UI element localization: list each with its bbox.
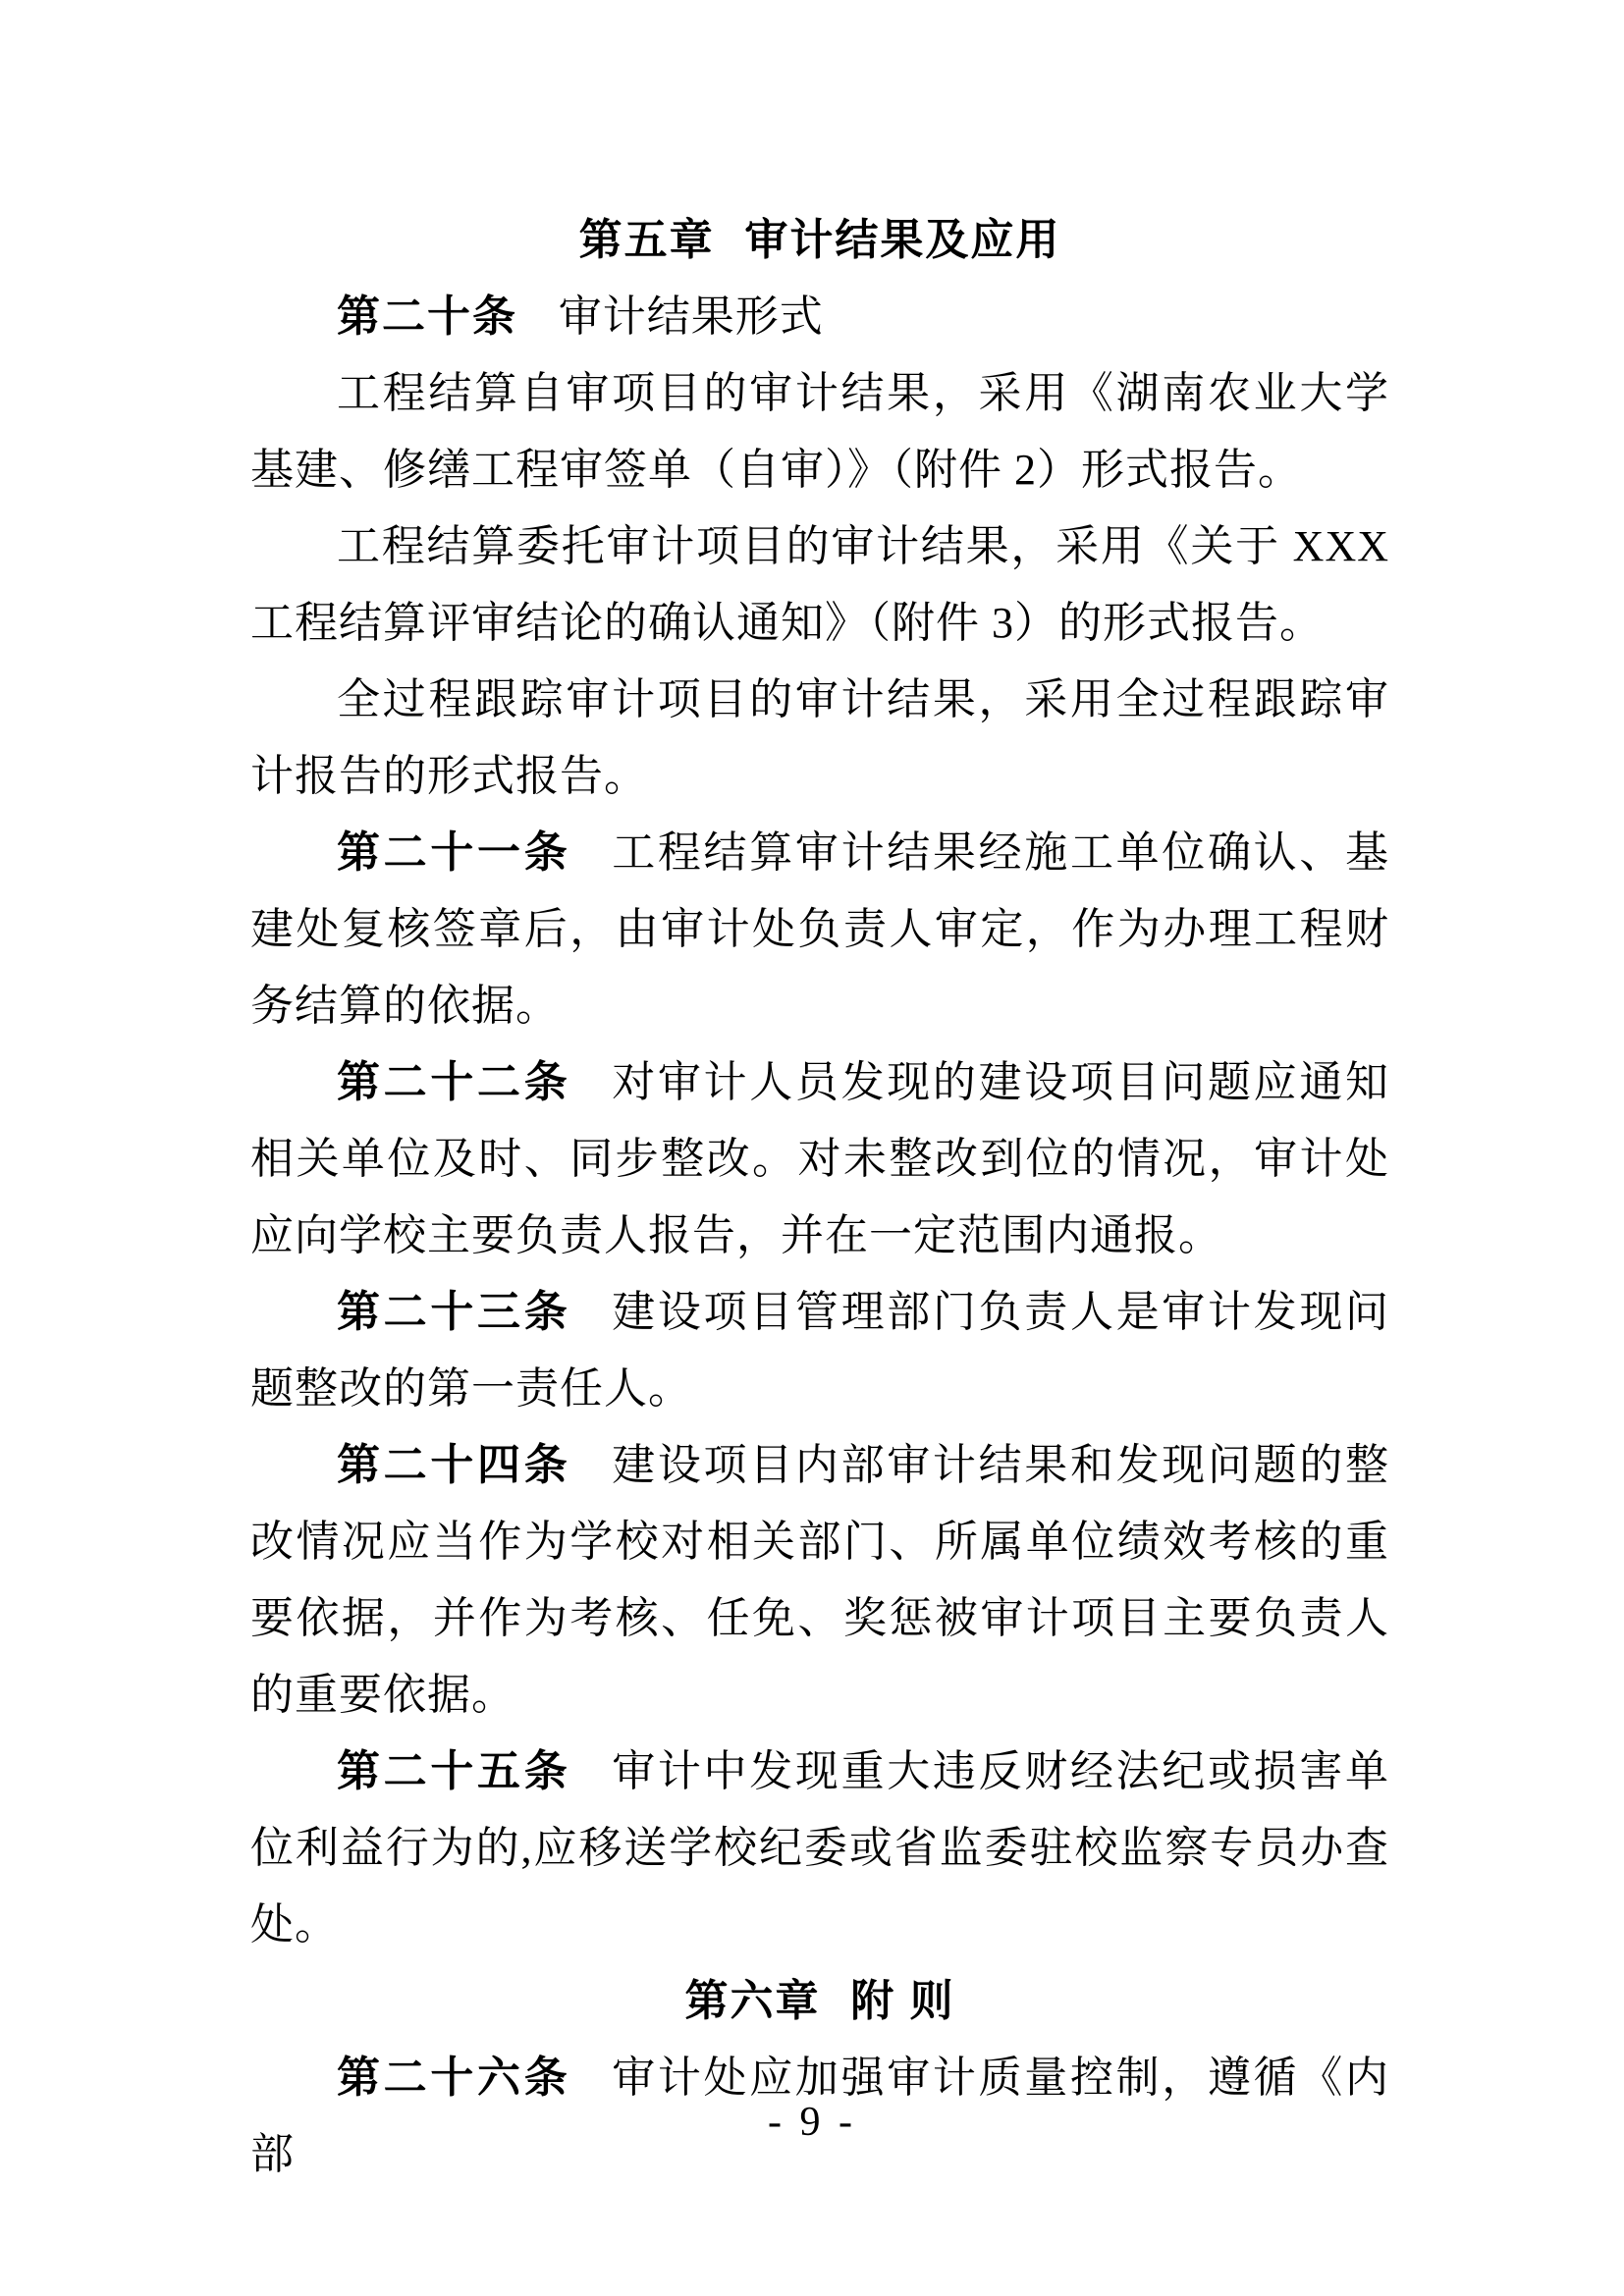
chapter-6-title: 附 则 [850,1977,954,2025]
article-20-label: 第二十条 [337,293,517,341]
article-21-label: 第二十一条 [337,828,570,877]
document-content: 第五章审计结果及应用 第二十条审计结果形式 工程结算自审项目的审计结果，采用《湖… [250,202,1389,2193]
article-21: 第二十一条工程结算审计结果经施工单位确认、基建处复核签章后，由审计处负责人审定，… [250,815,1389,1044]
article-20-paragraph-3: 全过程跟踪审计项目的审计结果，采用全过程跟踪审计报告的形式报告。 [250,662,1389,815]
article-23: 第二十三条建设项目管理部门负责人是审计发现问题整改的第一责任人。 [250,1274,1389,1427]
page-number: - 9 - [0,2099,1624,2146]
article-22-label: 第二十二条 [337,1058,570,1106]
article-26-label: 第二十六条 [337,2054,570,2102]
article-24-label: 第二十四条 [337,1441,570,1489]
article-22: 第二十二条对审计人员发现的建设项目问题应通知相关单位及时、同步整改。对未整改到位… [250,1044,1389,1274]
article-24: 第二十四条建设项目内部审计结果和发现问题的整改情况应当作为学校对相关部门、所属单… [250,1427,1389,1734]
article-25: 第二十五条审计中发现重大违反财经法纪或损害单位利益行为的,应移送学校纪委或省监委… [250,1734,1389,1963]
article-20-heading: 第二十条审计结果形式 [250,279,1389,355]
article-25-label: 第二十五条 [337,1747,570,1795]
document-page: 第五章审计结果及应用 第二十条审计结果形式 工程结算自审项目的审计结果，采用《湖… [0,0,1624,2296]
article-23-label: 第二十三条 [337,1288,570,1336]
chapter-6-number: 第六章 [684,1977,820,2025]
chapter-5-title: 审计结果及应用 [744,216,1060,264]
article-20-paragraph-1: 工程结算自审项目的审计结果，采用《湖南农业大学基建、修缮工程审签单（自审）》（附… [250,355,1389,508]
article-20-title: 审计结果形式 [559,293,824,341]
article-20-paragraph-2: 工程结算委托审计项目的审计结果，采用《关于 XXX 工程结算评审结论的确认通知》… [250,508,1389,662]
chapter-6-heading: 第六章附 则 [250,1963,1389,2040]
chapter-5-heading: 第五章审计结果及应用 [250,202,1389,279]
chapter-5-number: 第五章 [579,216,715,264]
